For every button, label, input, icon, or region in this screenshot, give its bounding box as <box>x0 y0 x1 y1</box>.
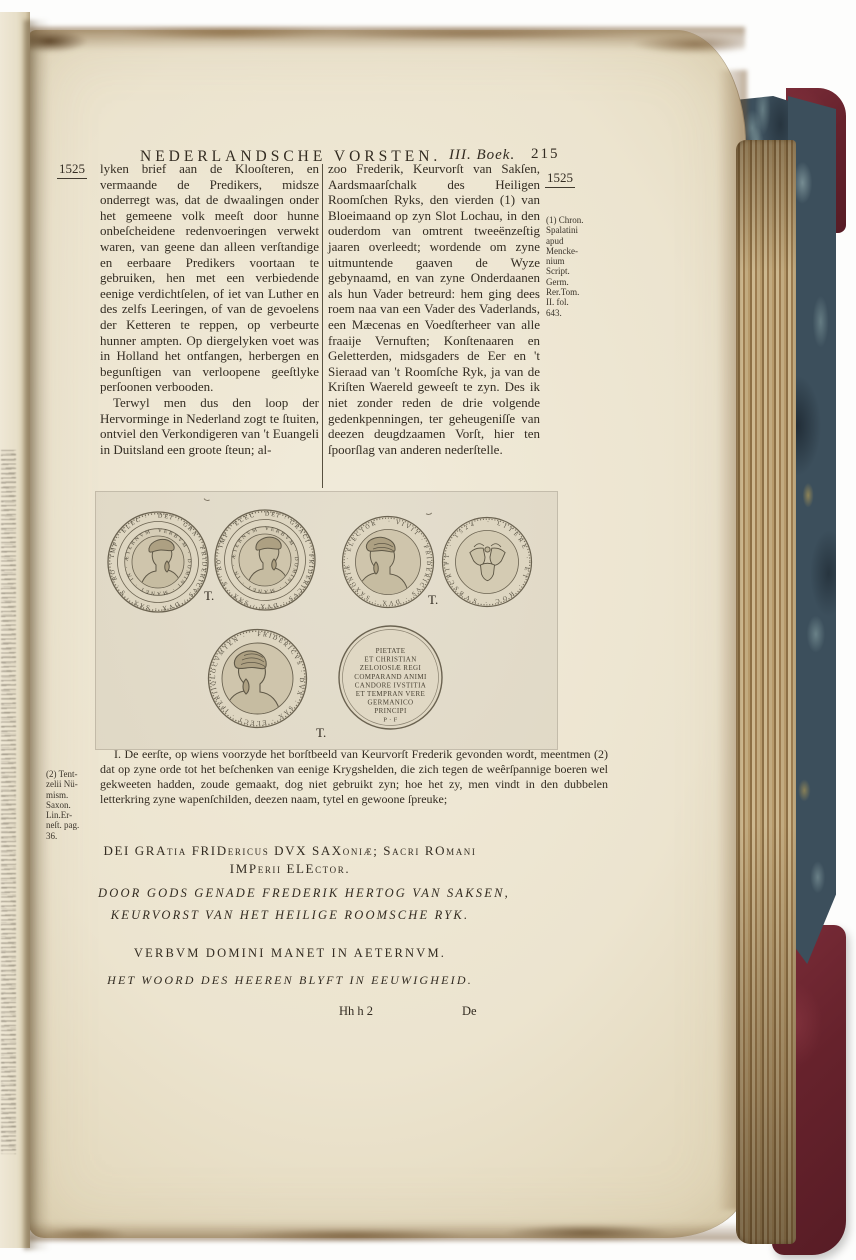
left-column-paragraph-2: Terwyl men dus den loop der Hervorminge … <box>100 395 319 457</box>
quire-signature: Hh h 2 <box>339 1004 373 1019</box>
column-divider-rule <box>322 164 323 488</box>
medal-2-obverse: DEI · GRACI · FRIDERICVS · DVX · SAX · S… <box>213 508 317 612</box>
svg-text:PRINCIPI: PRINCIPI <box>374 707 407 715</box>
medal-4-reverse-arms: · LITERE · ET · HOC · SVBSCRIPT · 1524 <box>441 516 533 608</box>
plate-caption-t-3: T. <box>316 725 326 741</box>
photo-of-open-book: NEDERLANDSCHE VORSTEN. III. Boek. 215 15… <box>0 0 856 1260</box>
margin-note-2: (2) Tent- zelii Nü- mism. Saxon. Lin.Er-… <box>46 769 100 841</box>
plate-caption-t-2: T. <box>428 592 438 608</box>
left-column: lyken brief aan de Klooſteren, en vermaa… <box>100 161 319 457</box>
footnote-paragraph: I. De eerſte, op wiens voorzyde het borſ… <box>100 747 608 807</box>
inscription-latin-line-1: DEI GRAtia FRIDericus DVX SAXoniæ; Sacri… <box>98 843 482 859</box>
margin-note-1: (1) Chron. Spalatini apud Mencke- nium S… <box>546 215 602 318</box>
medal-5-obverse: FRIDERICVS · DVX · SAX · ELECT · IPERIIQ… <box>207 628 308 729</box>
inscription-dutch-line-1: DOOR GODS GENADE FREDERIK HERTOG VAN SAK… <box>98 886 482 901</box>
fore-edge-of-leaves <box>736 140 796 1244</box>
svg-text:ZELOIOSIÆ REGI: ZELOIOSIÆ REGI <box>360 664 422 672</box>
margin-year-left: 1525 <box>57 161 87 179</box>
medal-3-obverse: · VIVIT · FRIDERICVS · DVX · SAXONIÆ · E… <box>341 515 435 609</box>
motto-latin: VERBVM DOMINI MANET IN AETERNVM. <box>98 946 482 961</box>
catchword: De <box>462 1004 477 1019</box>
right-column: zoo Frederik, Keurvorſt van Sakſen, Aard… <box>328 161 540 457</box>
svg-text:CANDORE IVSTITIA: CANDORE IVSTITIA <box>355 681 427 689</box>
right-column-paragraph: zoo Frederik, Keurvorſt van Sakſen, Aard… <box>328 161 540 457</box>
margin-year-right: 1525 <box>545 170 575 188</box>
svg-text:ET TEMPRAN VERE: ET TEMPRAN VERE <box>356 690 425 698</box>
inscription-dutch-line-2: KEURVORST VAN HET HEILIGE ROOMSCHE RYK. <box>98 908 482 923</box>
medal-1-obverse: DEI · GRA · FRIDERICVS · DVX · SAX · S ·… <box>106 510 210 614</box>
svg-text:COMPARAND ANIMI: COMPARAND ANIMI <box>354 673 427 681</box>
browned-bottom-edge <box>28 1213 745 1241</box>
motto-dutch: HET WOORD DES HEEREN BLYFT IN EEUWIGHEID… <box>98 973 482 988</box>
svg-text:PIETATE: PIETATE <box>376 647 406 655</box>
browned-top-edge <box>28 27 745 59</box>
left-column-paragraph-1: lyken brief aan de Klooſteren, en vermaa… <box>100 161 319 395</box>
svg-text:GERMANICO: GERMANICO <box>368 699 414 707</box>
medal-6-reverse-inscription: PIETATE ET CHRISTIAN ZELOIOSIÆ REGI COMP… <box>337 624 444 731</box>
gutter-shadow <box>24 20 50 1250</box>
svg-text:ET CHRISTIAN: ET CHRISTIAN <box>364 656 416 664</box>
svg-text:P · F: P · F <box>383 716 397 723</box>
facing-page-text-shadow <box>1 450 16 1154</box>
plate-caption-t-1: T. <box>204 588 214 604</box>
inscription-latin-line-2: IMPerii ELEctor. <box>98 861 482 877</box>
